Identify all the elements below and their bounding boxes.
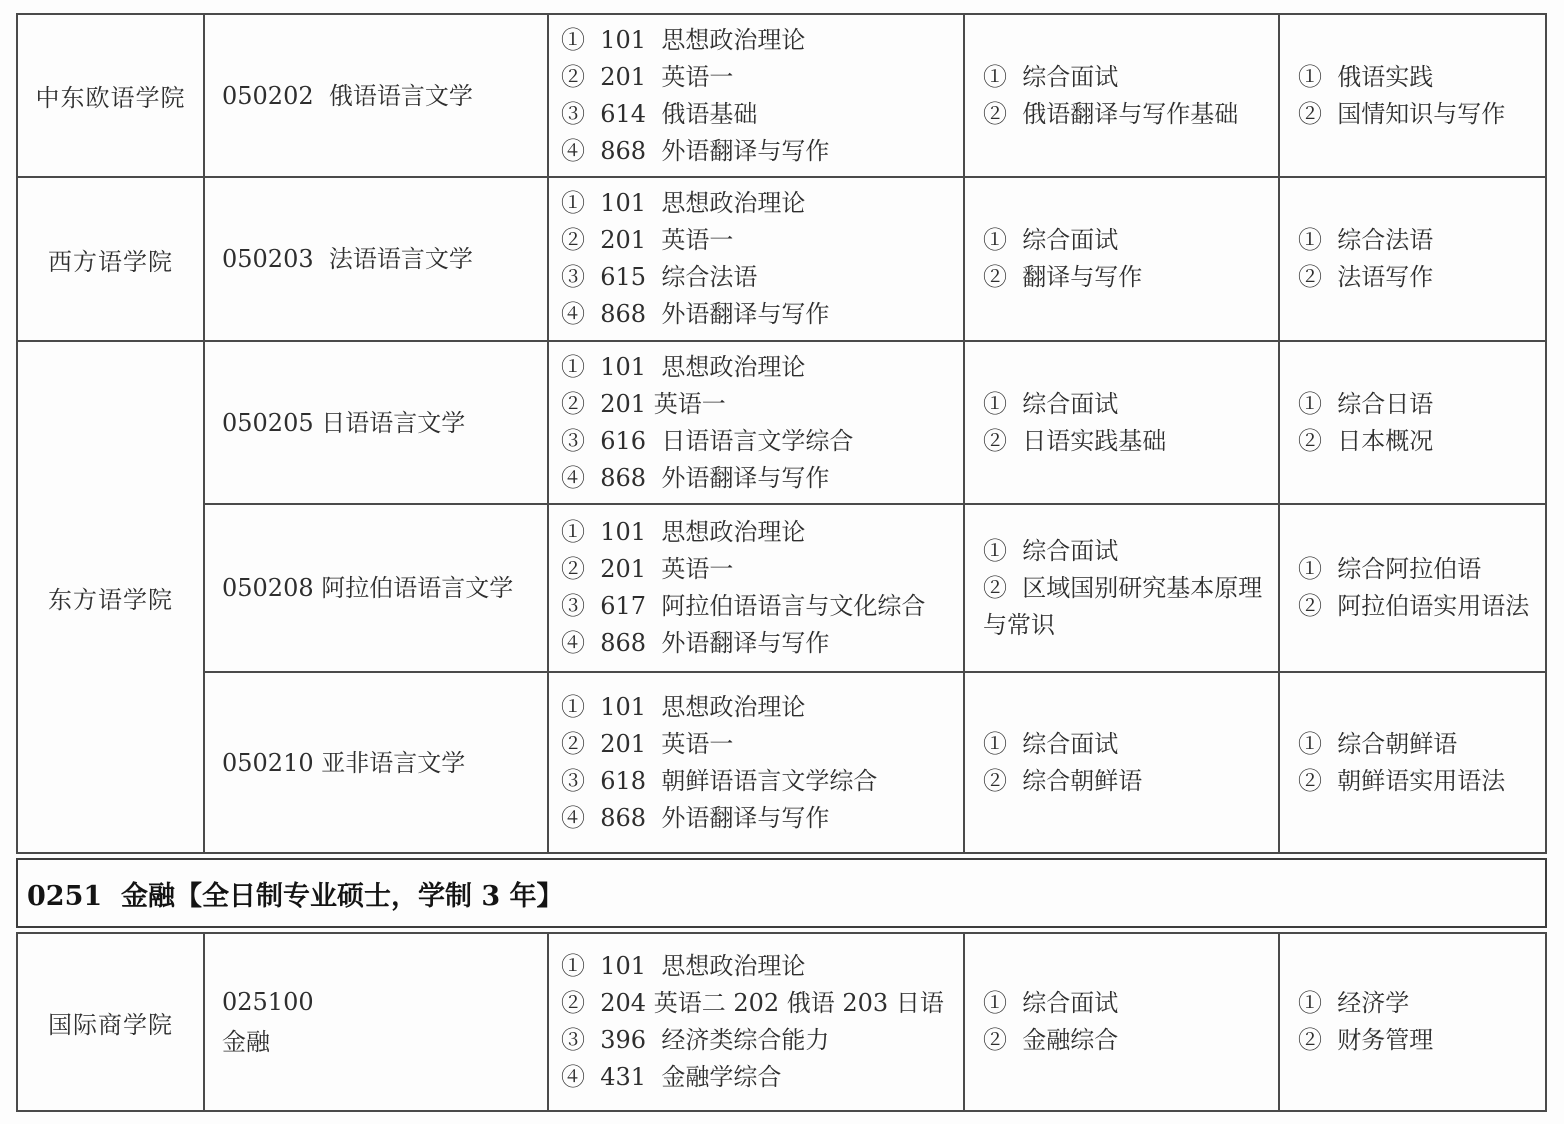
additional-test-cell: ① 综合朝鲜语 ② 朝鲜语实用语法 [1279,672,1546,853]
initial-exams-cell: ① 101 思想政治理论 ② 201 英语一 ③ 614 俄语基础 ④ 868 … [548,14,964,177]
additional-test-cell: ① 综合日语 ② 日本概况 [1279,341,1546,504]
exam-item: ② 201 英语一 [561,222,955,259]
additional-item: ① 综合法语 [1298,222,1537,259]
additional-item: ① 综合朝鲜语 [1298,726,1537,763]
retest-item: 与常识 [983,607,1270,644]
exam-item: ③ 614 俄语基础 [561,96,955,133]
additional-item: ② 日本概况 [1298,423,1537,460]
program-cell: 050203 法语语言文学 [204,177,548,341]
table-row: 国际商学院 025100 金融 ① 101 思想政治理论 ② 204 英语二 2… [17,933,1546,1111]
program-text: 050208 阿拉伯语语言文学 [222,568,539,608]
retest-item: ② 金融综合 [983,1022,1270,1059]
table-row: 050208 阿拉伯语语言文学 ① 101 思想政治理论 ② 201 英语一 ③… [17,504,1546,672]
additional-item: ① 俄语实践 [1298,59,1537,96]
program-text: 050203 法语语言文学 [222,239,539,279]
retest-cell: ① 综合面试 ② 区域国别研究基本原理 与常识 [964,504,1279,672]
retest-item: ① 综合面试 [983,59,1270,96]
exam-item: ① 101 思想政治理论 [561,349,955,386]
retest-item: ② 综合朝鲜语 [983,763,1270,800]
retest-cell: ① 综合面试 ② 俄语翻译与写作基础 [964,14,1279,177]
program-cell: 050210 亚非语言文学 [204,672,548,853]
exam-item: ② 201 英语一 [561,551,955,588]
program-cell: 050208 阿拉伯语语言文学 [204,504,548,672]
section-header: 0251 金融【全日制专业硕士，学制 3 年】 [16,858,1547,928]
admissions-table-upper: 中东欧语学院 050202 俄语语言文学 ① 101 思想政治理论 ② 201 … [16,13,1547,854]
program-text: 050202 俄语语言文学 [222,76,539,116]
exam-item: ① 101 思想政治理论 [561,514,955,551]
program-cell: 050205 日语语言文学 [204,341,548,504]
program-cell: 050202 俄语语言文学 [204,14,548,177]
table-row: 中东欧语学院 050202 俄语语言文学 ① 101 思想政治理论 ② 201 … [17,14,1546,177]
retest-item: ① 综合面试 [983,533,1270,570]
retest-cell: ① 综合面试 ② 日语实践基础 [964,341,1279,504]
retest-item: ① 综合面试 [983,726,1270,763]
additional-item: ② 朝鲜语实用语法 [1298,763,1537,800]
program-text: 050205 日语语言文学 [222,403,539,443]
program-code: 025100 [222,982,539,1022]
exam-item: ① 101 思想政治理论 [561,689,955,726]
program-text: 050210 亚非语言文学 [222,743,539,783]
exam-item: ③ 396 经济类综合能力 [561,1022,955,1059]
retest-item: ① 综合面试 [983,222,1270,259]
retest-cell: ① 综合面试 ② 综合朝鲜语 [964,672,1279,853]
exam-item: ③ 617 阿拉伯语语言与文化综合 [561,588,955,625]
program-text: 金融 [222,1022,539,1062]
table-row: 东方语学院 050205 日语语言文学 ① 101 思想政治理论 ② 201 英… [17,341,1546,504]
table-row: 050210 亚非语言文学 ① 101 思想政治理论 ② 201 英语一 ③ 6… [17,672,1546,853]
exam-item: ③ 618 朝鲜语语言文学综合 [561,763,955,800]
additional-test-cell: ① 俄语实践 ② 国情知识与写作 [1279,14,1546,177]
exam-item: ② 201 英语一 [561,386,955,423]
exam-item: ④ 868 外语翻译与写作 [561,625,955,662]
additional-item: ① 综合日语 [1298,386,1537,423]
admissions-table-lower: 国际商学院 025100 金融 ① 101 思想政治理论 ② 204 英语二 2… [16,932,1547,1112]
additional-item: ① 综合阿拉伯语 [1298,551,1537,588]
retest-item: ① 综合面试 [983,386,1270,423]
retest-item: ② 翻译与写作 [983,259,1270,296]
document-page: 中东欧语学院 050202 俄语语言文学 ① 101 思想政治理论 ② 201 … [0,0,1564,1124]
initial-exams-cell: ① 101 思想政治理论 ② 201 英语一 ③ 615 综合法语 ④ 868 … [548,177,964,341]
college-cell: 西方语学院 [17,177,204,341]
additional-item: ② 阿拉伯语实用语法 [1298,588,1537,625]
additional-test-cell: ① 综合阿拉伯语 ② 阿拉伯语实用语法 [1279,504,1546,672]
retest-item: ② 日语实践基础 [983,423,1270,460]
exam-item: ② 204 英语二 202 俄语 203 日语 [561,985,955,1022]
additional-item: ① 经济学 [1298,985,1537,1022]
college-cell: 国际商学院 [17,933,204,1111]
exam-item: ④ 868 外语翻译与写作 [561,296,955,333]
exam-item: ② 201 英语一 [561,726,955,763]
college-cell: 中东欧语学院 [17,14,204,177]
additional-item: ② 国情知识与写作 [1298,96,1537,133]
additional-test-cell: ① 综合法语 ② 法语写作 [1279,177,1546,341]
exam-item: ③ 615 综合法语 [561,259,955,296]
program-cell: 025100 金融 [204,933,548,1111]
initial-exams-cell: ① 101 思想政治理论 ② 201 英语一 ③ 617 阿拉伯语语言与文化综合… [548,504,964,672]
exam-item: ④ 868 外语翻译与写作 [561,800,955,837]
retest-item: ① 综合面试 [983,985,1270,1022]
exam-item: ① 101 思想政治理论 [561,948,955,985]
retest-cell: ① 综合面试 ② 翻译与写作 [964,177,1279,341]
exam-item: ④ 431 金融学综合 [561,1059,955,1096]
additional-item: ② 财务管理 [1298,1022,1537,1059]
exam-item: ④ 868 外语翻译与写作 [561,133,955,170]
college-cell: 东方语学院 [17,341,204,853]
exam-item: ① 101 思想政治理论 [561,22,955,59]
initial-exams-cell: ① 101 思想政治理论 ② 204 英语二 202 俄语 203 日语 ③ 3… [548,933,964,1111]
initial-exams-cell: ① 101 思想政治理论 ② 201 英语一 ③ 616 日语语言文学综合 ④ … [548,341,964,504]
additional-test-cell: ① 经济学 ② 财务管理 [1279,933,1546,1111]
exam-item: ① 101 思想政治理论 [561,185,955,222]
initial-exams-cell: ① 101 思想政治理论 ② 201 英语一 ③ 618 朝鲜语语言文学综合 ④… [548,672,964,853]
table-row: 西方语学院 050203 法语语言文学 ① 101 思想政治理论 ② 201 英… [17,177,1546,341]
retest-item: ② 区域国别研究基本原理 [983,570,1270,607]
exam-item: ③ 616 日语语言文学综合 [561,423,955,460]
exam-item: ② 201 英语一 [561,59,955,96]
retest-cell: ① 综合面试 ② 金融综合 [964,933,1279,1111]
additional-item: ② 法语写作 [1298,259,1537,296]
retest-item: ② 俄语翻译与写作基础 [983,96,1270,133]
exam-item: ④ 868 外语翻译与写作 [561,460,955,497]
